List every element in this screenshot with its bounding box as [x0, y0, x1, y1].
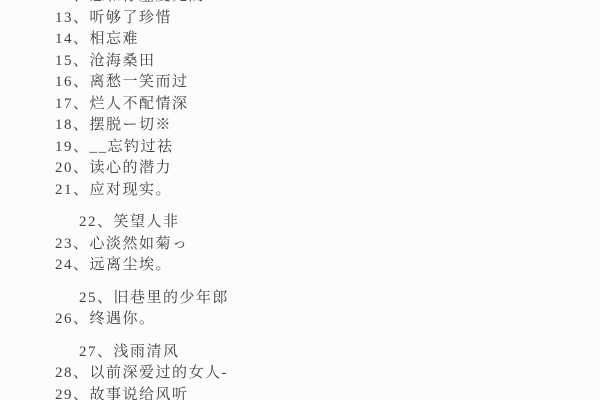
- item-number: 26: [55, 311, 73, 327]
- item-separator: 、: [73, 31, 90, 47]
- list-item: 15、沧海桑田: [0, 51, 600, 73]
- list-item: 21、应对现实。: [0, 180, 600, 202]
- item-separator: 、: [73, 365, 90, 381]
- item-separator: 、: [73, 257, 90, 273]
- item-separator: 、: [73, 311, 90, 327]
- item-separator: 、: [97, 214, 114, 230]
- list-item: 24、远离尘埃。: [0, 255, 600, 277]
- item-separator: 、: [73, 0, 90, 4]
- list-item: 12、想和你虚度光阴: [0, 0, 600, 8]
- item-number: 23: [55, 236, 73, 252]
- item-separator: 、: [73, 96, 90, 112]
- item-text: 以前深爱过的女人-: [90, 365, 229, 381]
- list-item: 22、笑望人非: [0, 212, 600, 234]
- item-separator: 、: [73, 387, 90, 400]
- item-text: 读心的潜力: [90, 160, 173, 176]
- item-text: 沧海桑田: [90, 53, 156, 69]
- list-item: 14、相忘难: [0, 29, 600, 51]
- item-separator: 、: [73, 236, 90, 252]
- list-item: 16、离愁一笑而过: [0, 72, 600, 94]
- item-number: 19: [55, 139, 73, 155]
- item-number: 29: [55, 387, 73, 400]
- item-number: 13: [55, 10, 73, 26]
- document-page: 12、想和你虚度光阴13、听够了珍惜14、相忘难15、沧海桑田16、离愁一笑而过…: [0, 0, 600, 400]
- item-number: 27: [79, 344, 97, 360]
- item-separator: 、: [73, 160, 90, 176]
- item-separator: 、: [73, 117, 90, 133]
- item-text: 故事说给风听: [90, 387, 189, 400]
- item-text: 听够了珍惜: [90, 10, 173, 26]
- list-item: 25、旧巷里的少年郎: [0, 288, 600, 310]
- item-number: 25: [79, 290, 97, 306]
- item-number: 15: [55, 53, 73, 69]
- item-number: 24: [55, 257, 73, 273]
- item-text: 烂人不配情深: [90, 96, 189, 112]
- list-item: 19、__忘钓过祛: [0, 137, 600, 159]
- item-separator: 、: [73, 10, 90, 26]
- item-text: 摆脱ー切※: [90, 117, 173, 133]
- item-number: 16: [55, 74, 73, 90]
- item-number: 17: [55, 96, 73, 112]
- list-item: 26、终遇你。: [0, 309, 600, 331]
- list-item: 18、摆脱ー切※: [0, 115, 600, 137]
- item-text: 浅雨清风: [114, 344, 180, 360]
- item-text: 旧巷里的少年郎: [114, 290, 230, 306]
- item-number: 22: [79, 214, 97, 230]
- list-item: 28、以前深爱过的女人-: [0, 363, 600, 385]
- item-text: 终遇你。: [90, 311, 156, 327]
- item-separator: 、: [73, 74, 90, 90]
- item-separator: 、: [97, 290, 114, 306]
- item-text: 想和你虚度光阴: [90, 0, 206, 4]
- list-item: 13、听够了珍惜: [0, 8, 600, 30]
- nickname-list: 12、想和你虚度光阴13、听够了珍惜14、相忘难15、沧海桑田16、离愁一笑而过…: [0, 0, 600, 400]
- item-separator: 、: [97, 344, 114, 360]
- item-number: 12: [55, 0, 73, 4]
- item-number: 18: [55, 117, 73, 133]
- item-number: 20: [55, 160, 73, 176]
- item-separator: 、: [73, 139, 90, 155]
- item-number: 14: [55, 31, 73, 47]
- item-text: 笑望人非: [114, 214, 180, 230]
- item-number: 21: [55, 182, 73, 198]
- item-number: 28: [55, 365, 73, 381]
- item-separator: 、: [73, 53, 90, 69]
- item-text: __忘钓过祛: [90, 139, 174, 155]
- item-text: 心淡然如菊っ: [90, 236, 189, 252]
- list-item: 20、读心的潜力: [0, 158, 600, 180]
- item-text: 相忘难: [90, 31, 140, 47]
- item-text: 离愁一笑而过: [90, 74, 189, 90]
- list-item: 27、浅雨清风: [0, 342, 600, 364]
- item-text: 远离尘埃。: [90, 257, 173, 273]
- list-item: 29、故事说给风听: [0, 385, 600, 400]
- list-item: 23、心淡然如菊っ: [0, 234, 600, 256]
- list-item: 17、烂人不配情深: [0, 94, 600, 116]
- item-text: 应对现实。: [90, 182, 173, 198]
- item-separator: 、: [73, 182, 90, 198]
